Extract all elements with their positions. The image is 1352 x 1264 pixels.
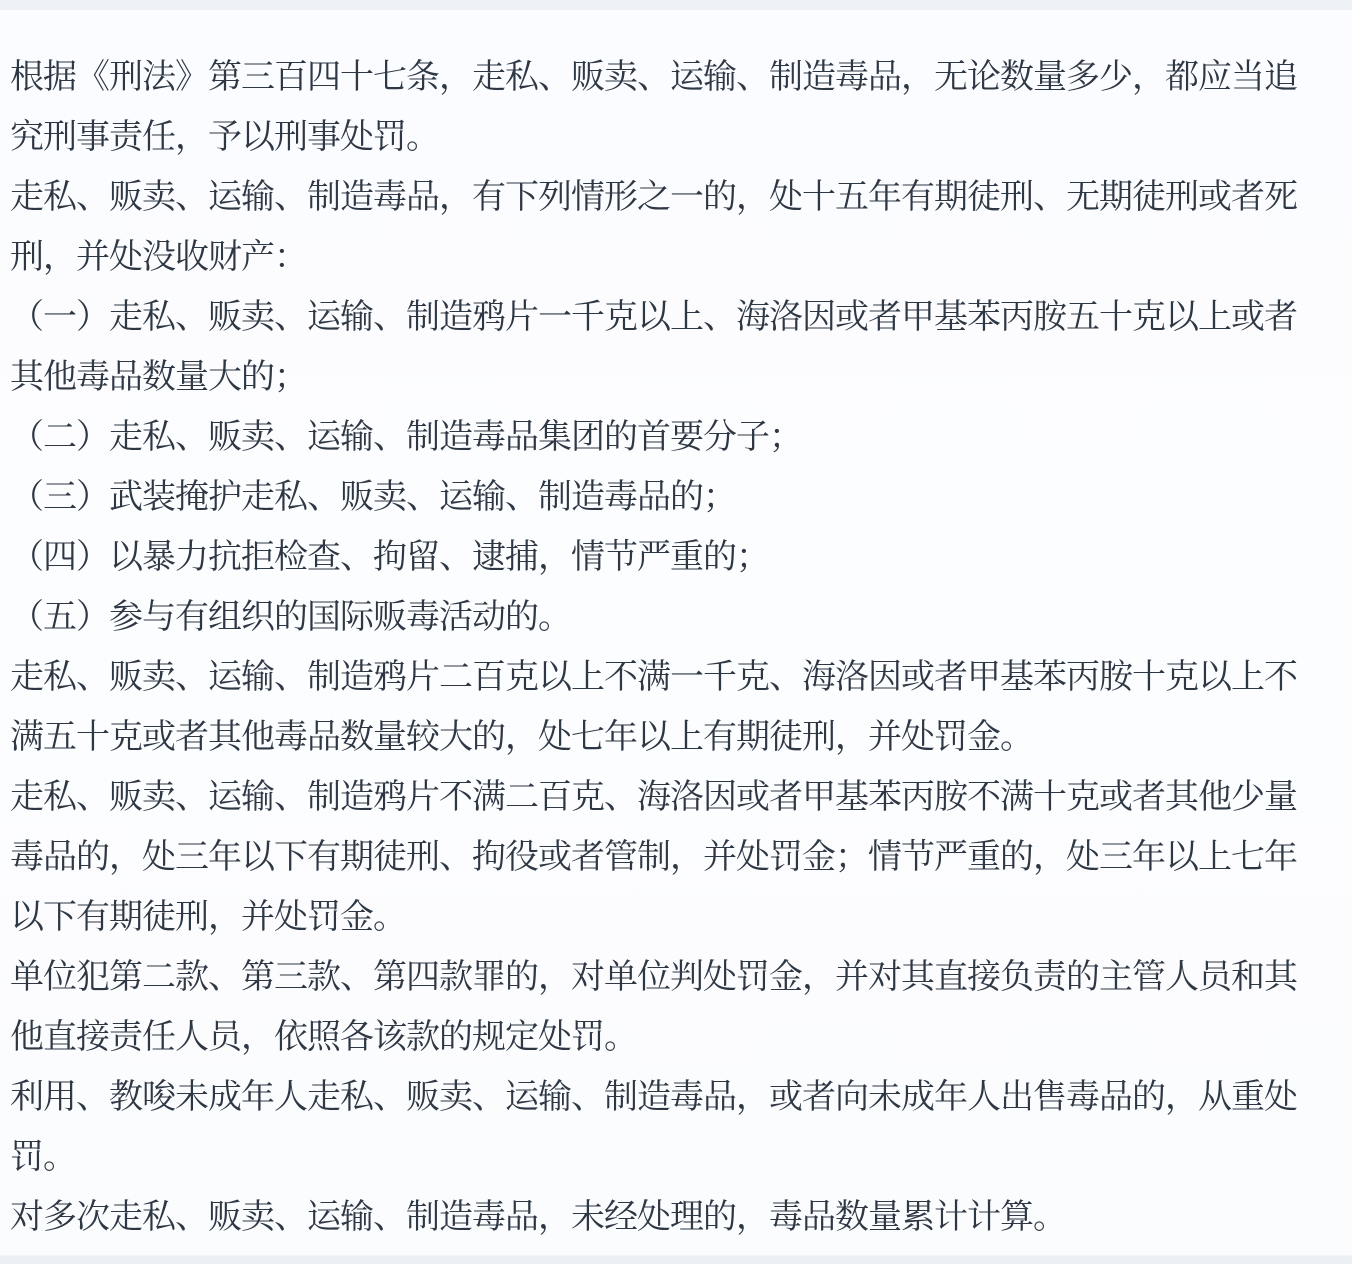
text-line: 对多次走私、贩卖、运输、制造毒品，未经处理的，毒品数量累计计算。 (10, 1187, 1316, 1247)
text-line: 毒品的，处三年以下有期徒刑、拘役或者管制，并处罚金；情节严重的，处三年以上七年 (10, 827, 1316, 887)
text-line: 根据《刑法》第三百四十七条，走私、贩卖、运输、制造毒品，无论数量多少，都应当追 (10, 47, 1316, 107)
legal-text-body: 根据《刑法》第三百四十七条，走私、贩卖、运输、制造毒品，无论数量多少，都应当追 … (0, 10, 1352, 1256)
text-line: 满五十克或者其他毒品数量较大的，处七年以上有期徒刑，并处罚金。 (10, 707, 1316, 767)
bottom-edge-strip (0, 1255, 1352, 1264)
text-line: （四）以暴力抗拒检查、拘留、逮捕，情节严重的； (10, 527, 1316, 587)
text-line: 他直接责任人员，依照各该款的规定处罚。 (10, 1007, 1316, 1067)
text-line: 罚。 (10, 1127, 1316, 1187)
text-line: 走私、贩卖、运输、制造鸦片二百克以上不满一千克、海洛因或者甲基苯丙胺十克以上不 (10, 647, 1316, 707)
text-line: （五）参与有组织的国际贩毒活动的。 (10, 587, 1316, 647)
text-line: （三）武装掩护走私、贩卖、运输、制造毒品的； (10, 467, 1316, 527)
text-line: 单位犯第二款、第三款、第四款罪的，对单位判处罚金，并对其直接负责的主管人员和其 (10, 947, 1316, 1007)
text-line: 走私、贩卖、运输、制造毒品，有下列情形之一的，处十五年有期徒刑、无期徒刑或者死 (10, 167, 1316, 227)
text-line: 以下有期徒刑，并处罚金。 (10, 887, 1316, 947)
text-line: 刑，并处没收财产： (10, 227, 1316, 287)
page: { "page": { "background_color": "#fdfdfe… (0, 0, 1352, 1264)
text-line: 走私、贩卖、运输、制造鸦片不满二百克、海洛因或者甲基苯丙胺不满十克或者其他少量 (10, 767, 1316, 827)
text-line: 利用、教唆未成年人走私、贩卖、运输、制造毒品，或者向未成年人出售毒品的，从重处 (10, 1067, 1316, 1127)
text-line: 究刑事责任，予以刑事处罚。 (10, 107, 1316, 167)
text-line: （二）走私、贩卖、运输、制造毒品集团的首要分子； (10, 407, 1316, 467)
text-line: （一）走私、贩卖、运输、制造鸦片一千克以上、海洛因或者甲基苯丙胺五十克以上或者 (10, 287, 1316, 347)
text-line: 其他毒品数量大的； (10, 347, 1316, 407)
